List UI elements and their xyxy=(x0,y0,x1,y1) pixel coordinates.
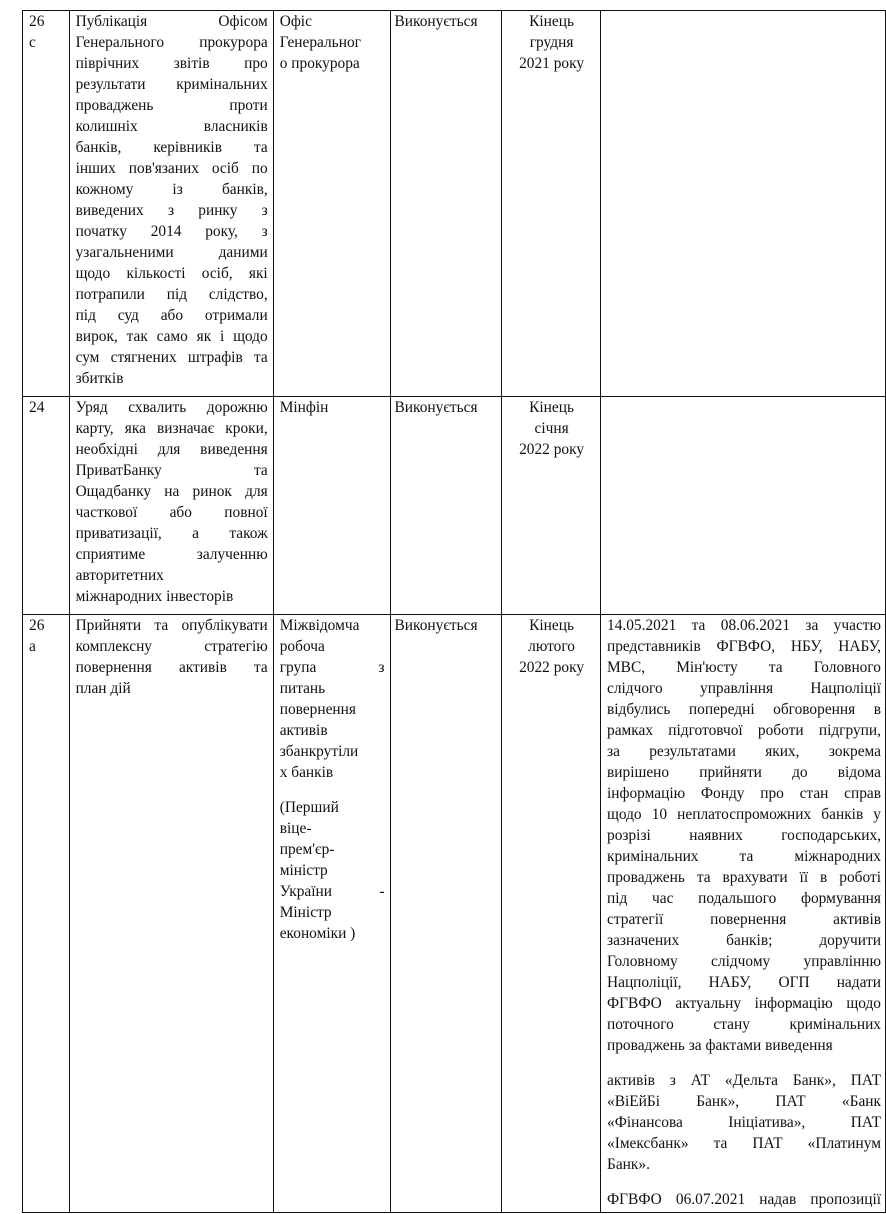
text-line: кримінальних та міжнародних xyxy=(607,846,881,867)
responsible-body: Міжвідомчаробочагрупа зпитаньповерненняа… xyxy=(280,615,385,783)
deadline-cell: Кінецьсічня2022 року xyxy=(502,397,601,615)
responsible-cell: Мінфін xyxy=(273,397,390,615)
text-line: інформацію Фонду про стан справ xyxy=(607,783,881,804)
text-line: вирішено прийняти до відома xyxy=(607,762,881,783)
text-line: активів з АТ «Дельта Банк», ПАТ xyxy=(607,1070,881,1091)
text-line: колишніх власників xyxy=(76,116,268,137)
task-cell: Публікація ОфісомГенерального прокурорап… xyxy=(69,11,273,397)
text-line: повернення активів та xyxy=(76,657,268,678)
deadline-cell: Кінецьлютого2022 року xyxy=(502,615,601,1213)
text-line: збанкрутіли xyxy=(280,741,385,762)
text-line: міністр xyxy=(280,860,385,881)
text-line: Уряд схвалить дорожню xyxy=(76,397,268,418)
text-line: робоча xyxy=(280,636,385,657)
text-line: прем'єр- xyxy=(280,839,385,860)
text-line: України - xyxy=(280,881,385,902)
text-line: «Імексбанк» та ПАТ «Платинум xyxy=(607,1133,881,1154)
text-line: група з xyxy=(280,657,385,678)
text-line: поточного стану кримінальних xyxy=(607,1014,881,1035)
action-plan-table: 26cПублікація ОфісомГенерального прокуро… xyxy=(22,10,886,1213)
status-cell: Виконується xyxy=(390,397,502,615)
text-line: під суд або отримали xyxy=(76,305,268,326)
text-line: економіки ) xyxy=(280,923,385,944)
text-line: ФГВФО актуальну інформацію щодо xyxy=(607,993,881,1014)
responsible-note: (Першийвіце-прем'єр-міністрУкраїни -Міні… xyxy=(280,797,385,944)
text-line: Нацполіції, НАБУ, ОГП надати xyxy=(607,972,881,993)
item-number: 26 xyxy=(29,11,64,32)
progress-note-cell xyxy=(601,397,886,615)
deadline-line: Кінець xyxy=(508,397,595,418)
item-number: 26 xyxy=(29,615,64,636)
item-number-cell: 26c xyxy=(23,11,70,397)
item-number: 24 xyxy=(29,397,64,418)
text-line: відбулись попередні обговорення в xyxy=(607,699,881,720)
text-line: х банків xyxy=(280,762,385,783)
deadline-line: 2022 року xyxy=(508,657,595,678)
text-line: Офіс xyxy=(280,11,385,32)
text-line: вирок, так само як і щодо xyxy=(76,326,268,347)
text-line: проваджень за фактами виведення xyxy=(607,1035,881,1056)
text-line: ПриватБанку та xyxy=(76,460,268,481)
text-line: представників ФГВФО, НБУ, НАБУ, xyxy=(607,636,881,657)
progress-note-cell xyxy=(601,11,886,397)
text-line: слідчого управління Нацполіції xyxy=(607,678,881,699)
text-line: інших пов'язаних осіб по xyxy=(76,158,268,179)
text-line: узагальненими даними xyxy=(76,242,268,263)
text-line: за результатами яких, зокрема xyxy=(607,741,881,762)
text-line: Мінфін xyxy=(280,397,385,418)
text-line: необхідні для виведення xyxy=(76,439,268,460)
responsible-body: Мінфін xyxy=(280,397,385,418)
item-number: c xyxy=(29,32,64,53)
note-paragraph: активів з АТ «Дельта Банк», ПАТ«ВіЕйБі Б… xyxy=(607,1070,881,1175)
text-line: початку 2014 року, з xyxy=(76,221,268,242)
responsible-body: ОфісГенерального прокурора xyxy=(280,11,385,74)
text-line: віце- xyxy=(280,818,385,839)
note-paragraph: ФГВФО 06.07.2021 надав пропозиції xyxy=(607,1189,881,1210)
text-line: стратегії повернення активів xyxy=(607,909,881,930)
responsible-cell: ОфісГенерального прокурора xyxy=(273,11,390,397)
text-line: «Фінансова Ініціатива», ПАТ xyxy=(607,1112,881,1133)
deadline-line: грудня xyxy=(508,32,595,53)
status-cell: Виконується xyxy=(390,11,502,397)
item-number-cell: 24 xyxy=(23,397,70,615)
text-line: Міністр xyxy=(280,902,385,923)
text-line: план дій xyxy=(76,678,268,699)
deadline-line: лютого xyxy=(508,636,595,657)
text-line: рамках підготовчої роботи підгрупи, xyxy=(607,720,881,741)
text-line: Прийняти та опублікувати xyxy=(76,615,268,636)
item-number-cell: 26a xyxy=(23,615,70,1213)
text-line: Головному слідчому управлінню xyxy=(607,951,881,972)
text-line: активів xyxy=(280,720,385,741)
text-line: збитків xyxy=(76,368,268,389)
text-line: сум стягнених штрафів та xyxy=(76,347,268,368)
text-line: зазначених банків; доручити xyxy=(607,930,881,951)
text-line: потрапили під слідство, xyxy=(76,284,268,305)
status-text: Виконується xyxy=(395,11,497,32)
text-line: приватизації, а також xyxy=(76,523,268,544)
text-line: піврічних звітів про xyxy=(76,53,268,74)
task-cell: Прийняти та опублікуватикомплексну страт… xyxy=(69,615,273,1213)
deadline-line: Кінець xyxy=(508,11,595,32)
note-paragraph: 14.05.2021 та 08.06.2021 за участюпредст… xyxy=(607,615,881,1056)
text-line: ФГВФО 06.07.2021 надав пропозиції xyxy=(607,1189,881,1210)
text-line: о прокурора xyxy=(280,53,385,74)
text-line: банків, керівників та xyxy=(76,137,268,158)
task-cell: Уряд схвалить дорожнюкарту, яка визначає… xyxy=(69,397,273,615)
text-line: кожному із банків, xyxy=(76,179,268,200)
text-line: «ВіЕйБі Банк», ПАТ «Банк xyxy=(607,1091,881,1112)
table-row: 24Уряд схвалить дорожнюкарту, яка визнач… xyxy=(23,397,886,615)
deadline-line: січня xyxy=(508,418,595,439)
table-row: 26aПрийняти та опублікуватикомплексну ст… xyxy=(23,615,886,1213)
text-line: МВС, Мін'юсту та Головного xyxy=(607,657,881,678)
responsible-cell: Міжвідомчаробочагрупа зпитаньповерненняа… xyxy=(273,615,390,1213)
text-line: комплексну стратегію xyxy=(76,636,268,657)
text-line: міжнародних інвесторів xyxy=(76,586,268,607)
status-cell: Виконується xyxy=(390,615,502,1213)
text-line: розрізі наявних господарських, xyxy=(607,825,881,846)
text-line: Банк». xyxy=(607,1154,881,1175)
text-line: Міжвідомча xyxy=(280,615,385,636)
progress-note-cell: 14.05.2021 та 08.06.2021 за участюпредст… xyxy=(601,615,886,1213)
text-line: сприятиме залученню xyxy=(76,544,268,565)
deadline-line: 2022 року xyxy=(508,439,595,460)
text-line: під час подальшого формування xyxy=(607,888,881,909)
text-line: карту, яка визначає кроки, xyxy=(76,418,268,439)
text-line: повернення xyxy=(280,699,385,720)
deadline-line: Кінець xyxy=(508,615,595,636)
text-line: щодо кількості осіб, які xyxy=(76,263,268,284)
text-line: Генеральног xyxy=(280,32,385,53)
text-line: проваджень проти xyxy=(76,95,268,116)
text-line: виведених з ринку з xyxy=(76,200,268,221)
text-line: щодо 10 неплатоспроможних банків у xyxy=(607,804,881,825)
text-line: питань xyxy=(280,678,385,699)
text-line: Ощадбанку на ринок для xyxy=(76,481,268,502)
text-line: Публікація Офісом xyxy=(76,11,268,32)
text-line: проваджень та врахувати її в роботі xyxy=(607,867,881,888)
text-line: 14.05.2021 та 08.06.2021 за участю xyxy=(607,615,881,636)
table-row: 26cПублікація ОфісомГенерального прокуро… xyxy=(23,11,886,397)
deadline-line: 2021 року xyxy=(508,53,595,74)
status-text: Виконується xyxy=(395,615,497,636)
deadline-cell: Кінецьгрудня2021 року xyxy=(502,11,601,397)
text-line: Генерального прокурора xyxy=(76,32,268,53)
status-text: Виконується xyxy=(395,397,497,418)
text-line: авторитетних xyxy=(76,565,268,586)
text-line: часткової або повної xyxy=(76,502,268,523)
item-number: a xyxy=(29,636,64,657)
text-line: (Перший xyxy=(280,797,385,818)
text-line: результати кримінальних xyxy=(76,74,268,95)
